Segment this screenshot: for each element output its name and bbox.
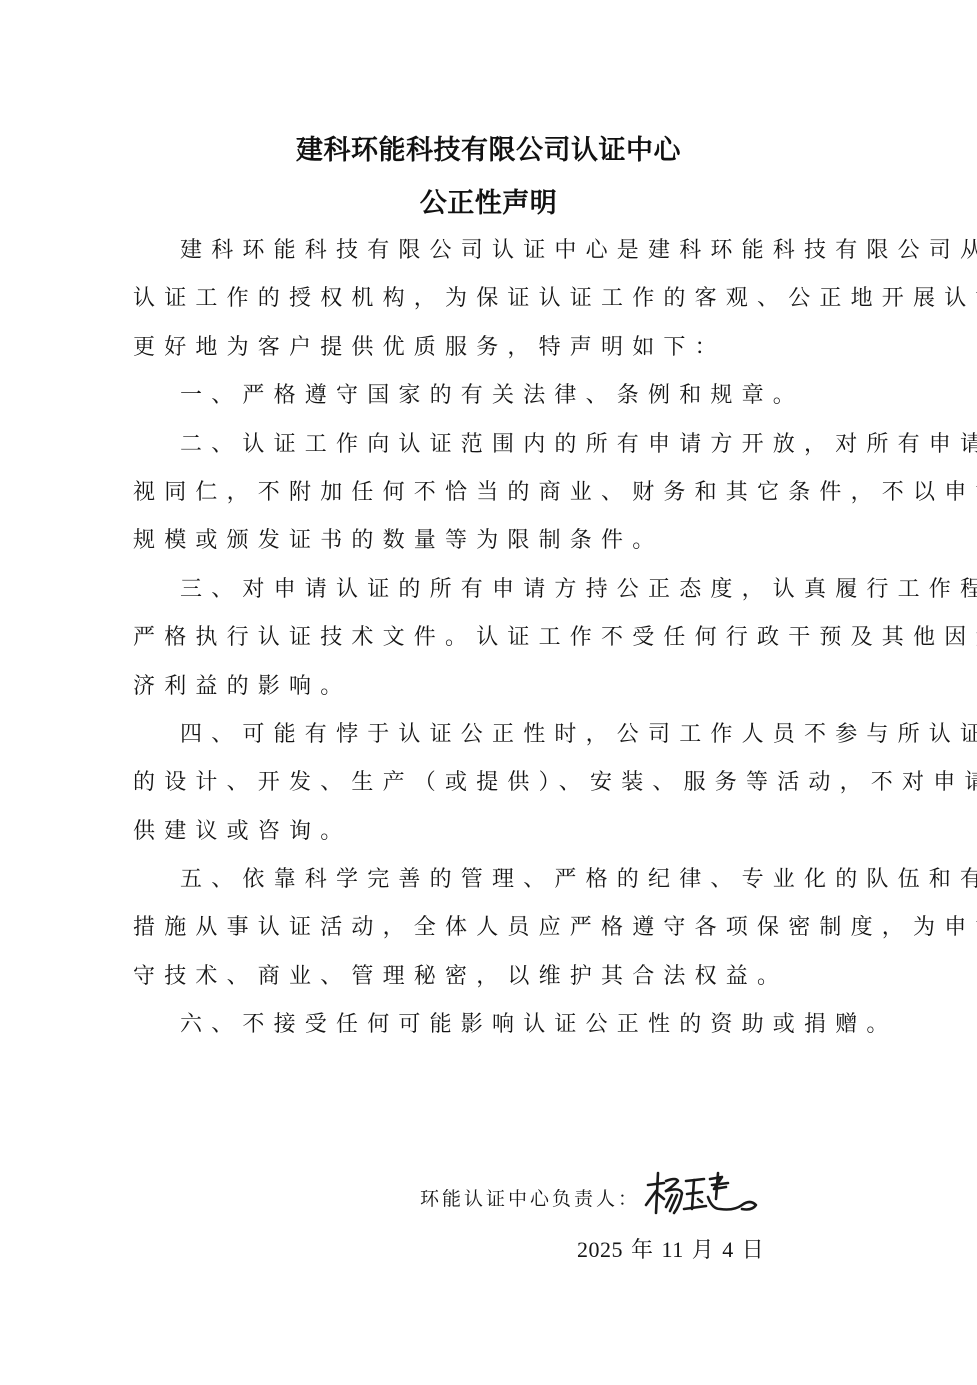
intro-line: 建科环能科技有限公司认证中心是建科环能科技有限公司从事 xyxy=(133,232,833,280)
item-4-line: 供建议或咨询。 xyxy=(133,813,833,861)
item-5-line: 五、依靠科学完善的管理、严格的纪律、专业化的队伍和有效的 xyxy=(133,861,833,909)
item-3-line: 严格执行认证技术文件。认证工作不受任何行政干预及其他因素和经 xyxy=(133,619,833,667)
handwritten-signature-icon xyxy=(642,1169,762,1219)
item-2-line: 二、认证工作向认证范围内的所有申请方开放，对所有申请方一 xyxy=(133,426,833,474)
date-day: 4 xyxy=(722,1237,734,1262)
item-1-line: 一、严格遵守国家的有关法律、条例和规章。 xyxy=(133,377,833,425)
document-date: 2025年11月4日 xyxy=(577,1233,772,1264)
document-page: 建科环能科技有限公司认证中心 公正性声明 建科环能科技有限公司认证中心是建科环能… xyxy=(0,0,977,1385)
item-3-line: 济利益的影响。 xyxy=(133,668,833,716)
item-4-line: 的设计、开发、生产（或提供）、安装、服务等活动，不对申请方提 xyxy=(133,764,833,812)
item-5-line: 守技术、商业、管理秘密，以维护其合法权益。 xyxy=(133,958,833,1006)
statement-body: 建科环能科技有限公司认证中心是建科环能科技有限公司从事 认证工作的授权机构，为保… xyxy=(133,232,833,1055)
item-5-line: 措施从事认证活动，全体人员应严格遵守各项保密制度，为申请方保 xyxy=(133,909,833,957)
date-year-unit: 年 xyxy=(631,1237,654,1262)
date-month: 11 xyxy=(662,1237,684,1262)
date-month-unit: 月 xyxy=(692,1237,715,1262)
signature-label: 环能认证中心负责人： xyxy=(420,1184,640,1211)
date-day-unit: 日 xyxy=(742,1237,765,1262)
item-3-line: 三、对申请认证的所有申请方持公正态度，认真履行工作程序， xyxy=(133,571,833,619)
intro-line: 更好地为客户提供优质服务，特声明如下： xyxy=(133,329,833,377)
item-6-line: 六、不接受任何可能影响认证公正性的资助或捐赠。 xyxy=(133,1006,833,1054)
item-2-line: 视同仁，不附加任何不恰当的商业、财务和其它条件，不以申请方的 xyxy=(133,474,833,522)
document-title: 建科环能科技有限公司认证中心 xyxy=(0,128,977,167)
document-subtitle: 公正性声明 xyxy=(0,181,977,220)
date-year: 2025 xyxy=(577,1237,623,1262)
intro-line: 认证工作的授权机构，为保证认证工作的客观、公正地开展认证工作， xyxy=(133,280,833,328)
item-2-line: 规模或颁发证书的数量等为限制条件。 xyxy=(133,522,833,570)
item-4-line: 四、可能有悖于认证公正性时，公司工作人员不参与所认证产品 xyxy=(133,716,833,764)
signature-block: 环能认证中心负责人： xyxy=(420,1175,840,1219)
